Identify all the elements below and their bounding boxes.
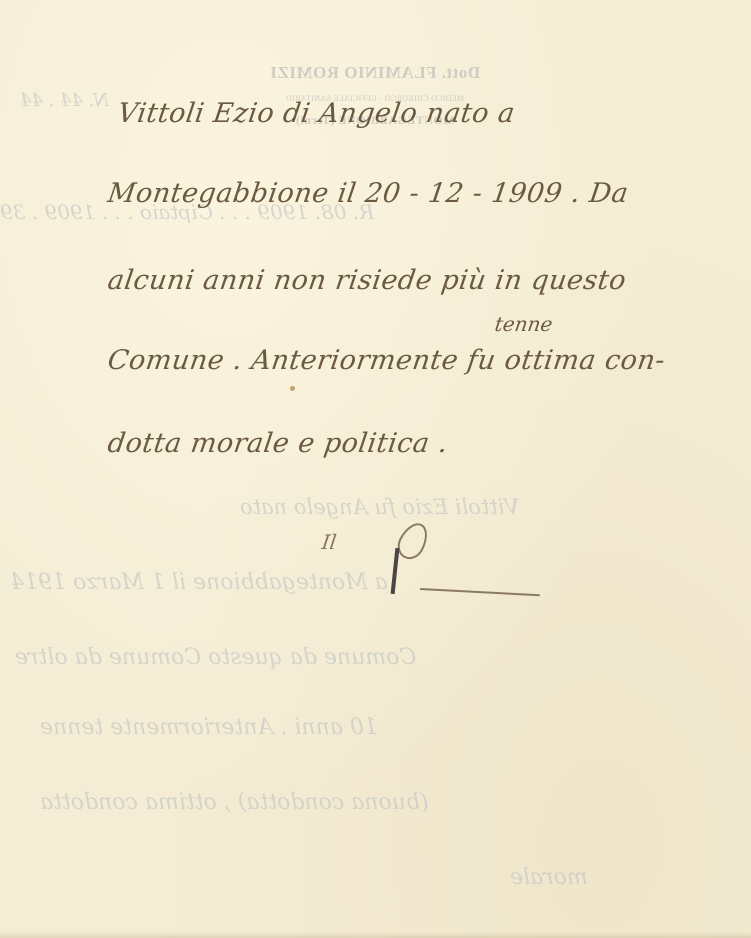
bleed-through-line: a Montegabbione il 1 Marzo 1914: [10, 570, 388, 595]
letterhead-name: Dott. FLAMINIO ROMIZI: [215, 62, 535, 84]
handwritten-line-1: Vittoli Ezio di Angelo nato a: [116, 98, 517, 129]
paper-edge: [0, 932, 751, 938]
handwritten-line-2: Montegabbione il 20 - 12 - 1909 . Da: [106, 178, 631, 209]
ink-spot: [290, 386, 295, 391]
bleed-through-line: Comune da questo Comune da oltre: [15, 645, 416, 670]
bleed-through-line: morale: [510, 865, 588, 890]
bleed-through-line: 10 anni . Anteriormente tenne: [40, 715, 378, 740]
bleed-through-line: N. 44 . 44: [20, 90, 109, 111]
handwritten-line-3: alcuni anni non risiede più in questo: [106, 265, 628, 296]
bleed-through-line: Vittoli Ezio fu Angelo nato: [240, 495, 519, 519]
handwritten-line-4: Comune . Anteriormente fu ottima con-: [106, 345, 667, 376]
interlinear-insertion: tenne: [493, 312, 554, 336]
handwritten-line-5: dotta morale e politica .: [106, 428, 450, 459]
bleed-through-line: (buona condotta) , ottima condotta: [40, 790, 429, 815]
